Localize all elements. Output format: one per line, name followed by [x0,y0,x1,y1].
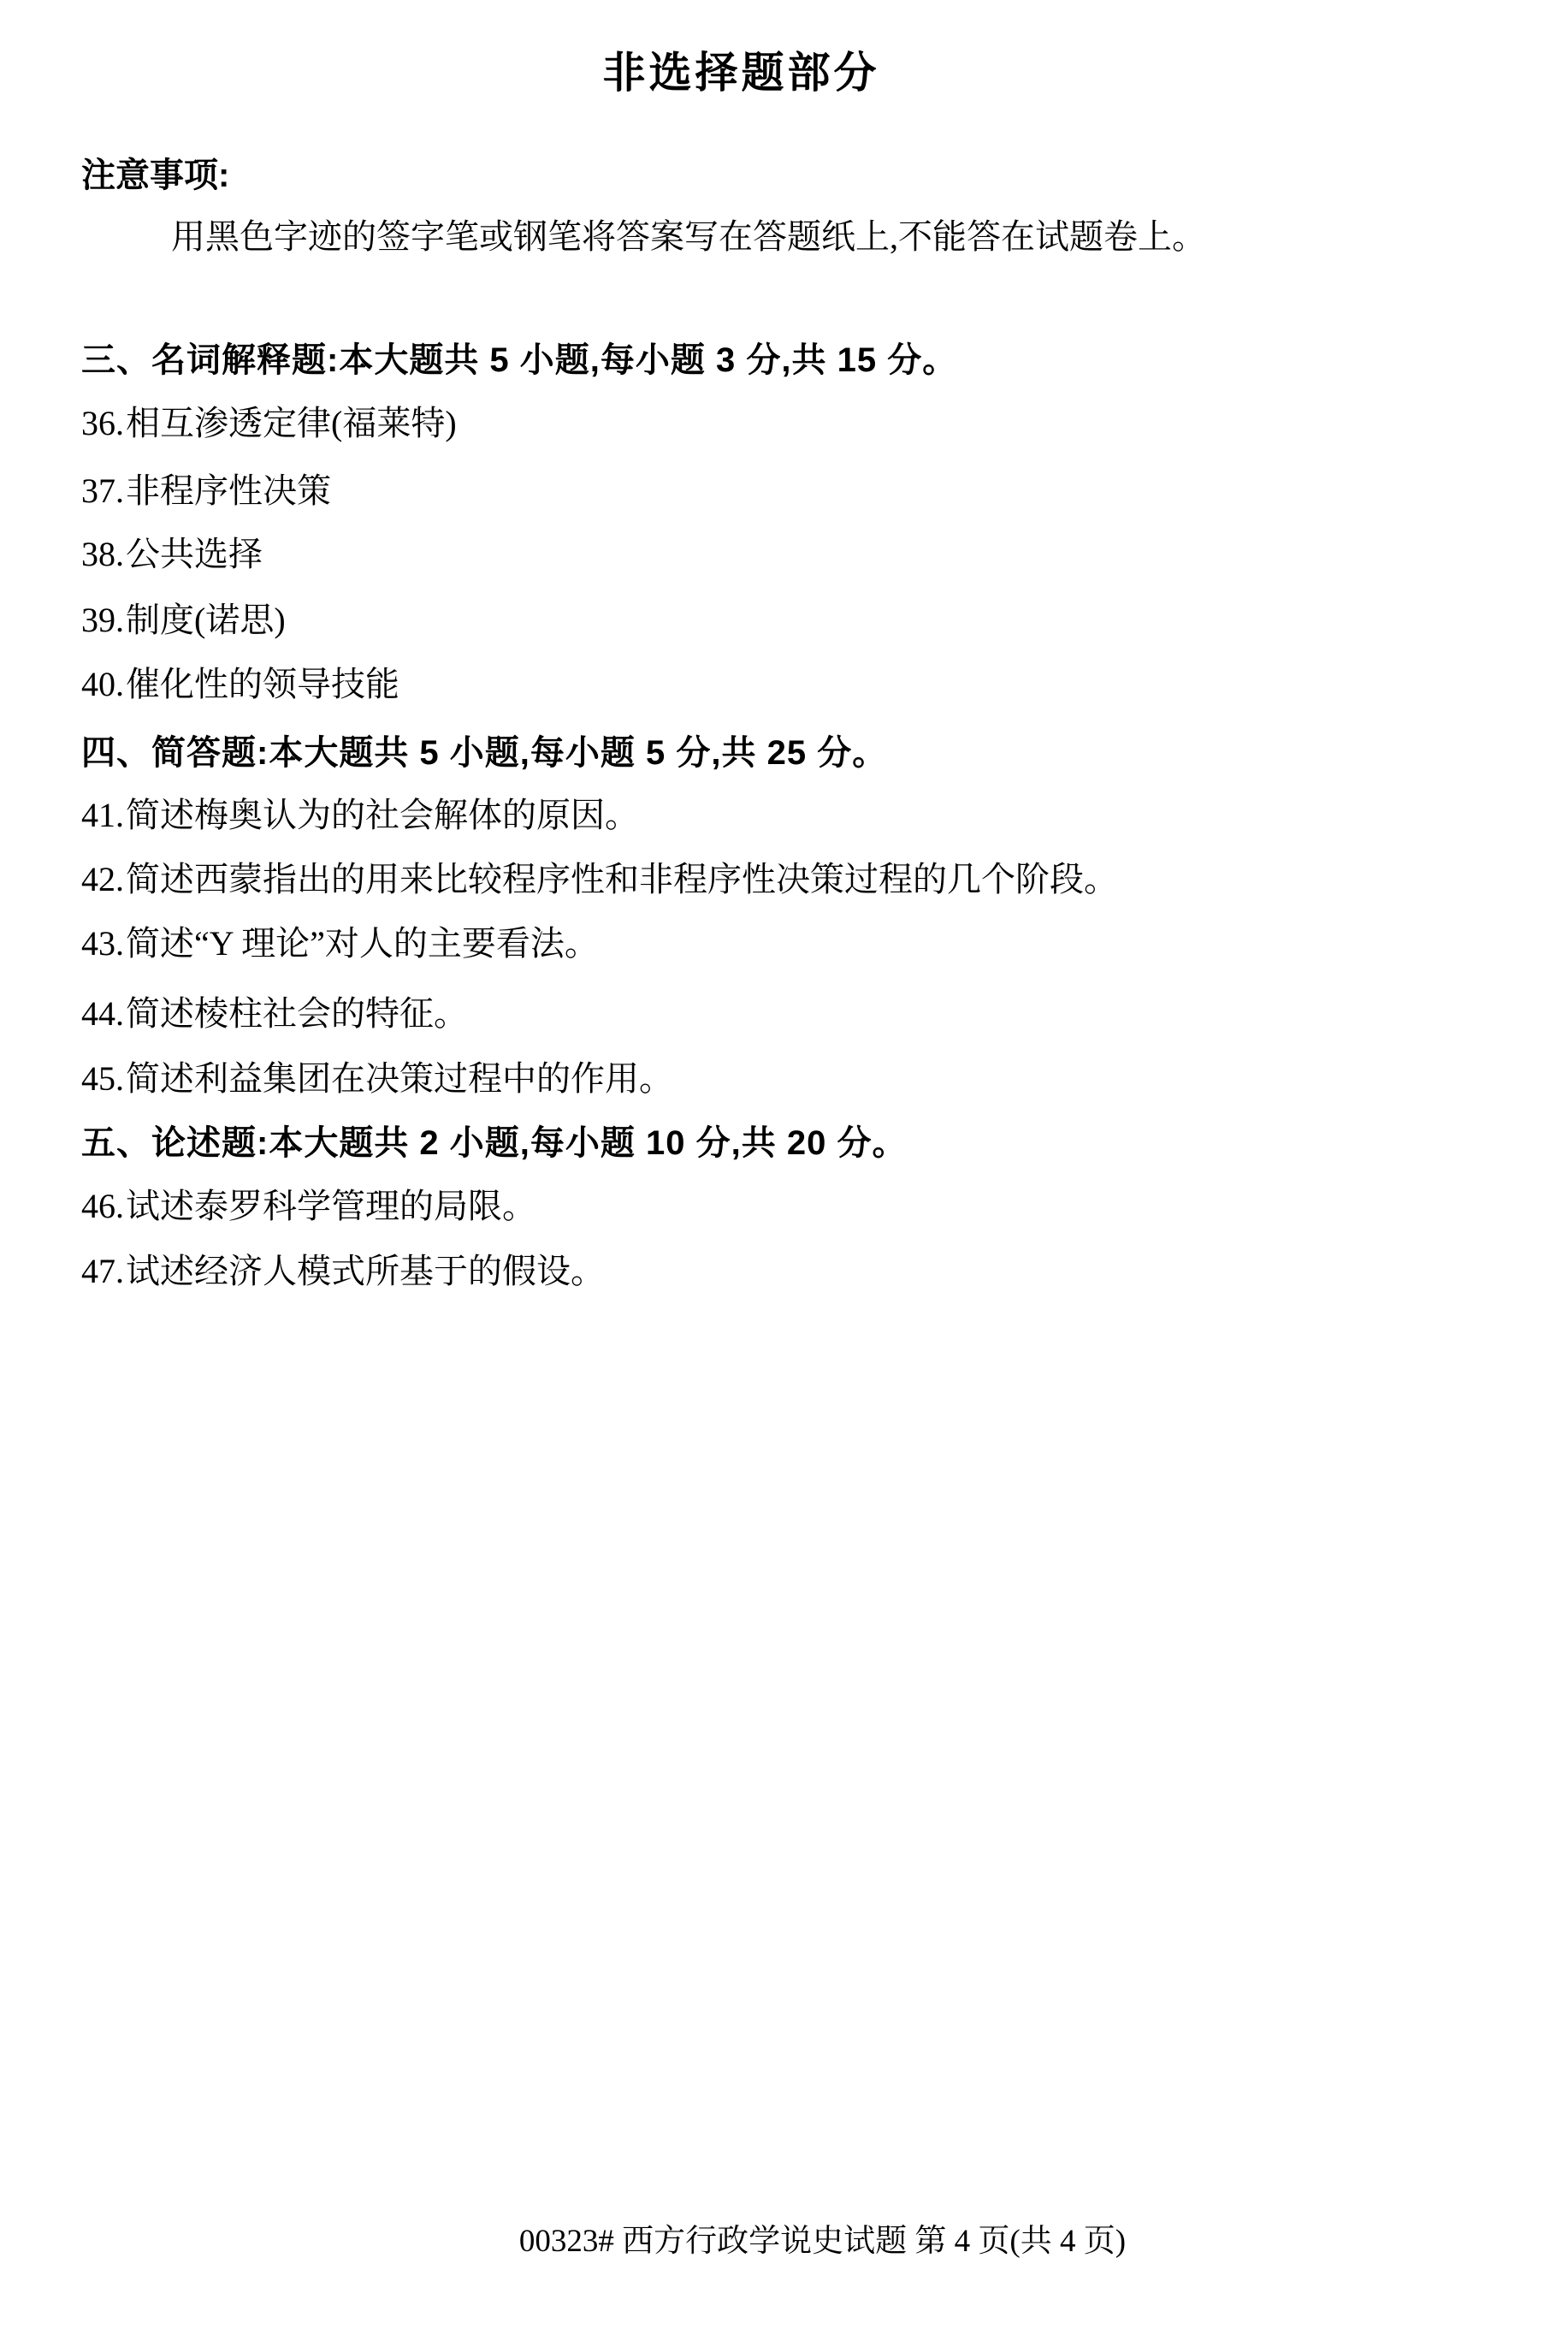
question-number: 39. [81,601,124,639]
notice-text: 用黑色字迹的签字笔或钢笔将答案写在答题纸上,不能答在试题卷上。 [171,216,1206,258]
question-item-43: 43.简述“Y 理论”对人的主要看法。 [81,922,599,965]
question-text: 非程序性决策 [126,471,331,510]
question-text: 相互渗透定律(福莱特) [126,404,457,442]
section-heading-5: 五、论述题:本大题共 2 小题,每小题 10 分,共 20 分。 [81,1122,907,1165]
question-number: 37. [81,471,124,510]
page-title: 非选择题部分 [0,50,1568,97]
question-text: 试述经济人模式所基于的假设。 [126,1252,605,1290]
question-text: 简述西蒙指出的用来比较程序性和非程序性决策过程的几个阶段。 [126,860,1118,898]
question-item-40: 40.催化性的领导技能 [81,663,399,706]
question-item-41: 41.简述梅奥认为的社会解体的原因。 [81,794,639,837]
question-text: 制度(诺思) [126,601,286,639]
question-item-36: 36.相互渗透定律(福莱特) [81,402,457,445]
question-number: 47. [81,1252,124,1290]
question-number: 44. [81,994,124,1033]
exam-paper-page: 非选择题部分 注意事项: 用黑色字迹的签字笔或钢笔将答案写在答题纸上,不能答在试… [0,0,1568,2341]
question-text: 试述泰罗科学管理的局限。 [126,1187,536,1225]
question-text: 简述棱柱社会的特征。 [126,994,468,1033]
section-heading-3: 三、名词解释题:本大题共 5 小题,每小题 3 分,共 15 分。 [81,339,957,382]
notice-label: 注意事项: [81,154,229,197]
question-number: 40. [81,665,124,703]
question-item-38: 38.公共选择 [81,533,263,576]
question-text: 简述“Y 理论”对人的主要看法。 [126,924,599,963]
question-item-42: 42.简述西蒙指出的用来比较程序性和非程序性决策过程的几个阶段。 [81,858,1118,901]
question-number: 42. [81,860,124,898]
question-item-47: 47.试述经济人模式所基于的假设。 [81,1250,605,1293]
question-number: 46. [81,1187,124,1225]
section-heading-4: 四、简答题:本大题共 5 小题,每小题 5 分,共 25 分。 [81,732,887,774]
question-item-45: 45.简述利益集团在决策过程中的作用。 [81,1058,673,1100]
question-number: 38. [81,535,124,573]
question-text: 催化性的领导技能 [126,665,399,703]
question-text: 公共选择 [126,535,263,573]
question-text: 简述利益集团在决策过程中的作用。 [126,1059,673,1098]
question-text: 简述梅奥认为的社会解体的原因。 [126,796,639,834]
question-item-46: 46.试述泰罗科学管理的局限。 [81,1185,536,1228]
question-item-37: 37.非程序性决策 [81,470,331,513]
question-number: 45. [81,1059,124,1098]
question-item-44: 44.简述棱柱社会的特征。 [81,993,468,1035]
question-number: 41. [81,796,124,834]
question-number: 43. [81,924,124,963]
question-number: 36. [81,404,124,442]
question-item-39: 39.制度(诺思) [81,599,286,642]
page-footer: 00323# 西方行政学说史试题 第 4 页(共 4 页) [0,2223,1568,2261]
